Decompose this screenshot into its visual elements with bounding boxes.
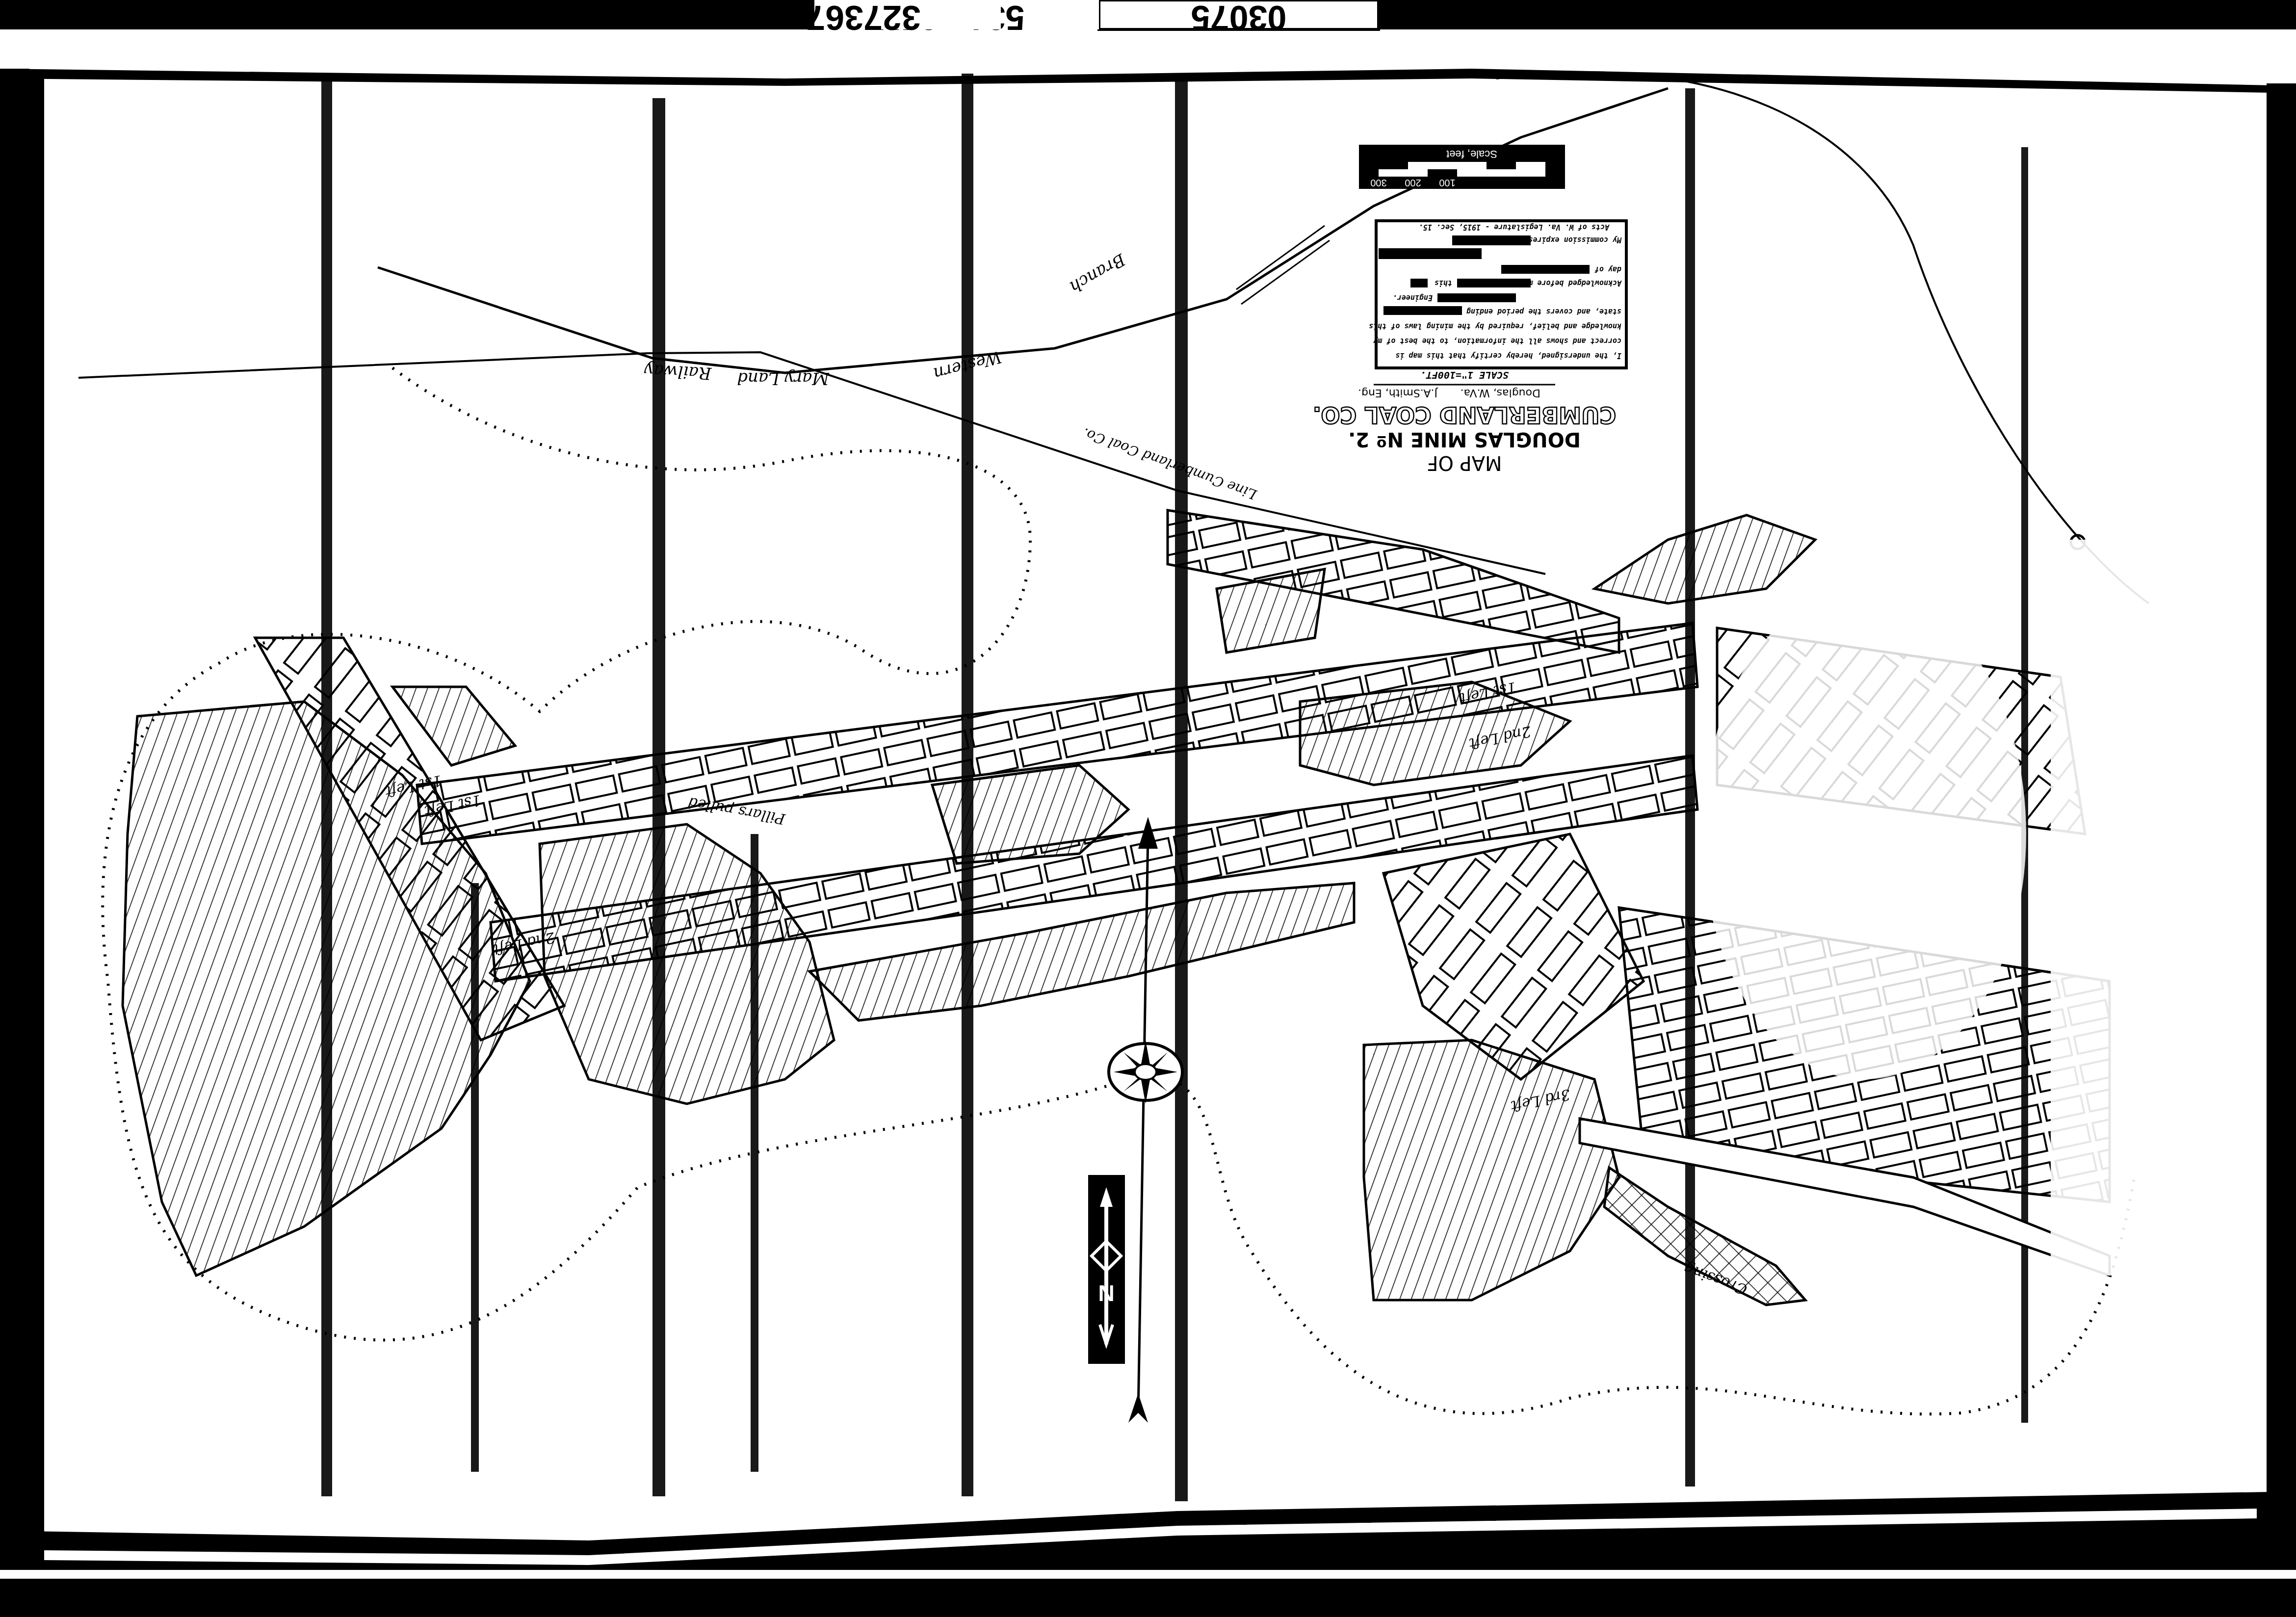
title-line-1: MAP OF (1427, 451, 1502, 474)
title-location: Douglas, W.Va. (1461, 387, 1540, 399)
title-company: CUMBERLAND COAL CO. (1313, 402, 1616, 428)
washed-out-region (1702, 589, 2026, 1079)
scale-tick-100: 100 (1439, 177, 1455, 188)
cert-line-1: I, the undersigned, hereby certify that … (1395, 351, 1621, 360)
title-line-2: DOUGLAS MINE Nº 2. (1348, 428, 1581, 450)
label-mary-land: Mary Land (737, 368, 830, 388)
cert-line-7: this (1435, 279, 1452, 287)
wvdm-badge (1383, 3, 1447, 27)
cert-line-4: state, and covers the period ending (1466, 307, 1621, 316)
washed-out-edge (2051, 540, 2257, 1276)
mine-map-canvas: WVDM 03075 531 34X 327367 Railway Mary L… (0, 0, 2296, 1617)
north-arrow-badge: N (1088, 1175, 1125, 1364)
north-label: N (1098, 1280, 1114, 1306)
cert-line-8: day of (1594, 265, 1621, 274)
archive-field-4: 327367 (806, 0, 921, 37)
scale-tick-200: 200 (1405, 177, 1421, 188)
scale-bar-label: Scale, feet (1446, 148, 1497, 160)
scale-tick-300: 300 (1370, 177, 1386, 188)
cert-line-10: Acts of W. Va. Legislature - 1915, Sec. … (1419, 223, 1610, 232)
title-engineer: J.A.Smith, Eng. (1358, 387, 1438, 399)
cert-line-5: Engineer. (1393, 293, 1433, 302)
cert-line-3: knowledge and belief, required by the mi… (1369, 322, 1621, 331)
cert-line-2: correct and shows all the information, t… (1373, 337, 1621, 345)
cert-line-9: My commission expires (1528, 235, 1622, 244)
title-scale: SCALE 1"=100FT. (1420, 369, 1509, 381)
scale-bar: Scale, feet 100 200 300 (1359, 145, 1565, 189)
certification-box: I, the undersigned, hereby certify that … (1369, 221, 1626, 368)
archive-field-1: 03075 (1191, 0, 1287, 37)
label-railway: Railway (643, 360, 712, 383)
